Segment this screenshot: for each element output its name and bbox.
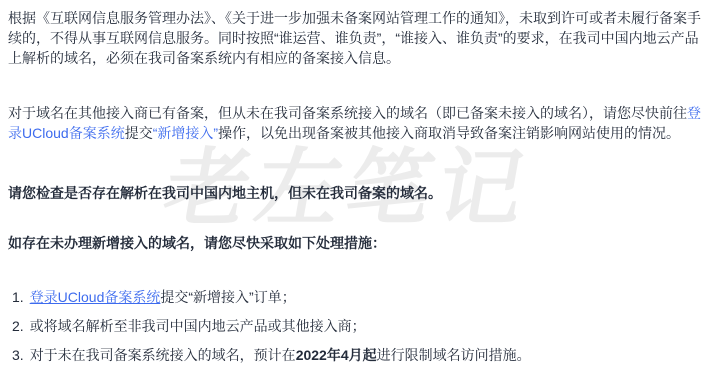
list-item-text: 登录UCloud备案系统提交“新增接入”订单； bbox=[30, 289, 296, 305]
paragraph-policy-basis: 根据《互联网信息服务管理办法》、《关于进一步加强未备案网站管理工作的通知》，未取… bbox=[8, 8, 704, 68]
text-run: 如存在未办理新增接入的域名，请您尽快采取如下处理措施： bbox=[8, 235, 386, 251]
list-item-number: 2. bbox=[12, 318, 24, 334]
list-item-3: 3.对于未在我司备案系统接入的域名，预计在2022年4月起进行限制域名访问措施。 bbox=[12, 345, 704, 365]
ucloud-beian-login-link[interactable]: 登录UCloud备案系统 bbox=[30, 289, 161, 305]
paragraph-new-access-notice: 对于域名在其他接入商已有备案，但从未在我司备案系统接入的域名（即已备案未接入的域… bbox=[8, 103, 704, 143]
text-run: 提交 bbox=[125, 125, 153, 141]
text-run: 或将域名解析至非我司中国内地云产品或其他接入商； bbox=[30, 318, 366, 334]
list-item-text: 对于未在我司备案系统接入的域名，预计在2022年4月起进行限制域名访问措施。 bbox=[30, 347, 531, 363]
text-run: 请您检查是否存在解析在我司中国内地主机，但未在我司备案的域名。 bbox=[8, 185, 442, 201]
paragraph-check-domains: 请您检查是否存在解析在我司中国内地主机，但未在我司备案的域名。 bbox=[8, 183, 704, 203]
text-run: 对于域名在其他接入商已有备案，但从未在我司备案系统接入的域名（即已备案未接入的域… bbox=[8, 105, 687, 121]
list-item-number: 3. bbox=[12, 347, 24, 363]
text-run: 对于未在我司备案系统接入的域名，预计在 bbox=[30, 347, 296, 363]
text-run: 2022年4月起 bbox=[296, 347, 377, 363]
list-item-1: 1.登录UCloud备案系统提交“新增接入”订单； bbox=[12, 287, 704, 307]
list-item-number: 1. bbox=[12, 289, 24, 305]
text-run: 提交“新增接入”订单； bbox=[160, 289, 295, 305]
list-item-text: 或将域名解析至非我司中国内地云产品或其他接入商； bbox=[30, 318, 366, 334]
paragraph-measures-heading: 如存在未办理新增接入的域名，请您尽快采取如下处理措施： bbox=[8, 233, 704, 253]
text-run: 操作，以免出现备案被其他接入商取消导致备案注销影响网站使用的情况。 bbox=[218, 125, 680, 141]
measures-list: 1.登录UCloud备案系统提交“新增接入”订单； 2.或将域名解析至非我司中国… bbox=[8, 287, 704, 365]
notice-content: 根据《互联网信息服务管理办法》、《关于进一步加强未备案网站管理工作的通知》，未取… bbox=[0, 0, 710, 365]
notice-page: 老左笔记 根据《互联网信息服务管理办法》、《关于进一步加强未备案网站管理工作的通… bbox=[0, 0, 710, 377]
list-item-2: 2.或将域名解析至非我司中国内地云产品或其他接入商； bbox=[12, 316, 704, 336]
text-run: 根据《互联网信息服务管理办法》、《关于进一步加强未备案网站管理工作的通知》，未取… bbox=[8, 10, 701, 66]
text-run: 进行限制域名访问措施。 bbox=[377, 347, 531, 363]
new-access-link[interactable]: “新增接入” bbox=[153, 125, 218, 141]
